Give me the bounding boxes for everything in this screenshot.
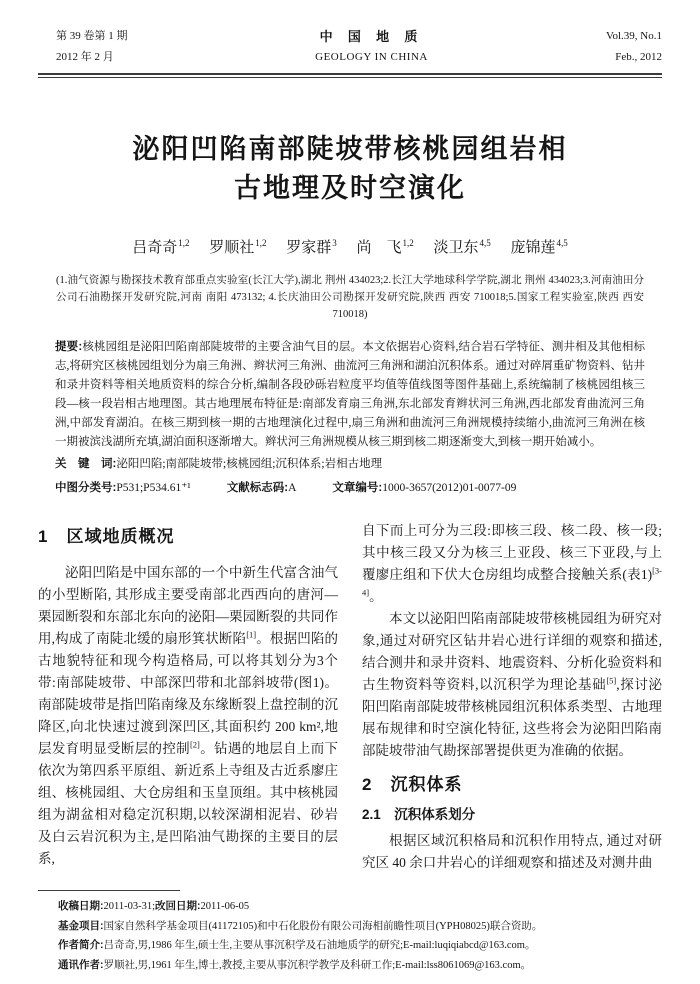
footnote-fund: 基金项目:国家自然科学基金项目(41172105)和中石化股份有限公司海相前瞻性…	[58, 917, 662, 937]
author: 淡卫东4,5	[434, 240, 491, 256]
author-affil-sup: 4,5	[480, 238, 491, 248]
section-2-1-paragraph: 根据区域沉积格局和沉积作用特点, 通过对研究区 40 余口井岩心的详细观察和描述…	[362, 830, 662, 874]
section-1-heading: 1 区域地质概况	[38, 526, 338, 548]
keywords-label: 关 键 词:	[55, 458, 116, 470]
title-line-2: 古地理及时空演化	[38, 169, 662, 208]
title-line-1: 泌阳凹陷南部陡坡带核桃园组岩相	[38, 130, 662, 169]
received-date: 2011-03-31;	[104, 901, 156, 912]
header-left: 第 39 卷第 1 期 2012 年 2 月	[38, 26, 176, 68]
abstract-label: 提要:	[55, 341, 82, 353]
clc-label: 中图分类号:	[55, 482, 116, 494]
date-en: Feb., 2012	[567, 47, 662, 68]
affiliations: (1.油气资源与勘探技术教育部重点实验室(长江大学),湖北 荆州 434023;…	[56, 272, 644, 323]
author: 尚 飞1,2	[357, 240, 414, 256]
section-1-paragraph-continued: 自下而上可分为三段:即核三段、核二段、核一段;其中核三段又分为核三上亚段、核三下…	[362, 520, 662, 608]
footnote-divider	[38, 890, 180, 891]
header-right: Vol.39, No.1 Feb., 2012	[567, 26, 662, 68]
author-affil-sup: 1,2	[255, 238, 266, 248]
document-code: 文献标志码:A	[227, 479, 297, 498]
right-column: 自下而上可分为三段:即核三段、核二段、核一段;其中核三段又分为核三上亚段、核三下…	[362, 520, 662, 874]
abstract: 提要:核桃园组是泌阳凹陷南部陡坡带的主要含油气目的层。本文依据岩心资料,结合岩石…	[55, 338, 645, 452]
section-1-paragraph: 泌阳凹陷是中国东部的一个中新生代富含油气的小型断陷, 其形成主要受南部北西西向的…	[38, 562, 338, 870]
fund-text: 国家自然科学基金项目(41172105)和中石化股份有限公司海相前瞻性项目(YP…	[104, 921, 543, 932]
article-title: 泌阳凹陷南部陡坡带核桃园组岩相 古地理及时空演化	[38, 130, 662, 208]
author: 吕奇奇1,2	[132, 240, 189, 256]
article-id-label: 文章编号:	[332, 482, 382, 494]
classification-line: 中图分类号:P531;P534.61⁺¹ 文献标志码:A 文章编号:1000-3…	[55, 479, 645, 498]
body-columns: 1 区域地质概况 泌阳凹陷是中国东部的一个中新生代富含油气的小型断陷, 其形成主…	[38, 520, 662, 874]
section-2-1-heading: 2.1 沉积体系划分	[362, 804, 662, 826]
doc-code-value: A	[288, 482, 296, 494]
journal-name-en: GEOLOGY IN CHINA	[176, 47, 567, 68]
abstract-text: 核桃园组是泌阳凹陷南部陡坡带的主要含油气目的层。本文依据岩心资料,结合岩石学特征…	[55, 341, 645, 448]
bio-label: 作者简介:	[58, 939, 104, 951]
author-affil-sup: 1,2	[403, 238, 414, 248]
author-name: 罗顺社	[209, 240, 254, 256]
journal-name-cn: 中 国 地 质	[176, 26, 567, 47]
clc-number: 中图分类号:P531;P534.61⁺¹	[55, 479, 191, 498]
keywords-text: 泌阳凹陷;南部陡坡带;核桃园组;沉积体系;岩相古地理	[116, 458, 382, 470]
author-name: 罗家群	[286, 240, 331, 256]
received-label: 收稿日期:	[58, 900, 104, 912]
author-name: 淡卫东	[434, 240, 479, 256]
author-list: 吕奇奇1,2 罗顺社1,2 罗家群3 尚 飞1,2 淡卫东4,5 庞锦莲4,5	[38, 236, 662, 257]
revised-date: 2011-06-05	[201, 901, 250, 912]
paper-page: 第 39 卷第 1 期 2012 年 2 月 中 国 地 质 GEOLOGY I…	[0, 0, 700, 984]
author: 庞锦莲4,5	[511, 240, 568, 256]
header-divider	[38, 73, 662, 78]
author-name: 尚 飞	[357, 240, 402, 256]
author-name: 吕奇奇	[132, 240, 177, 256]
footnote-dates: 收稿日期:2011-03-31;改回日期:2011-06-05	[58, 897, 662, 917]
keywords-line: 关 键 词:泌阳凹陷;南部陡坡带;核桃园组;沉积体系;岩相古地理	[55, 455, 645, 474]
footnote-block: 收稿日期:2011-03-31;改回日期:2011-06-05 基金项目:国家自…	[38, 897, 662, 975]
bio-text: 吕奇奇,男,1986 年生,硕士生,主要从事沉积学及石油地质学的研究;E-mai…	[104, 940, 536, 951]
fund-label: 基金项目:	[58, 920, 104, 932]
footnote-bio: 作者简介:吕奇奇,男,1986 年生,硕士生,主要从事沉积学及石油地质学的研究;…	[58, 936, 662, 956]
header-center: 中 国 地 质 GEOLOGY IN CHINA	[176, 26, 567, 68]
left-column: 1 区域地质概况 泌阳凹陷是中国东部的一个中新生代富含油气的小型断陷, 其形成主…	[38, 520, 338, 874]
section-1-paragraph-2: 本文以泌阳凹陷南部陡坡带核桃园组为研究对象,通过对研究区钻井岩心进行详细的观察和…	[362, 608, 662, 762]
corr-text: 罗顺社,男,1961 年生,博士,教授,主要从事沉积学教学及科研工作;E-mai…	[104, 960, 532, 971]
doc-code-label: 文献标志码:	[227, 482, 288, 494]
author-affil-sup: 1,2	[178, 238, 189, 248]
author-affil-sup: 3	[332, 238, 337, 248]
abstract-block: 提要:核桃园组是泌阳凹陷南部陡坡带的主要含油气目的层。本文依据岩心资料,结合岩石…	[55, 338, 645, 498]
author-name: 庞锦莲	[511, 240, 556, 256]
volume-issue: 第 39 卷第 1 期	[56, 26, 176, 47]
article-id: 文章编号:1000-3657(2012)01-0077-09	[332, 479, 516, 498]
corr-label: 通讯作者:	[58, 959, 104, 971]
article-id-value: 1000-3657(2012)01-0077-09	[382, 482, 516, 494]
author-affil-sup: 4,5	[557, 238, 568, 248]
author: 罗顺社1,2	[209, 240, 266, 256]
volume-en: Vol.39, No.1	[567, 26, 662, 47]
revised-label: 改回日期:	[155, 900, 201, 912]
footnote-corresponding: 通讯作者:罗顺社,男,1961 年生,博士,教授,主要从事沉积学教学及科研工作;…	[58, 956, 662, 976]
author: 罗家群3	[286, 240, 337, 256]
section-2-heading: 2 沉积体系	[362, 774, 662, 796]
clc-value: P531;P534.61⁺¹	[116, 482, 190, 494]
date-cn: 2012 年 2 月	[56, 47, 176, 68]
journal-header: 第 39 卷第 1 期 2012 年 2 月 中 国 地 质 GEOLOGY I…	[38, 26, 662, 68]
